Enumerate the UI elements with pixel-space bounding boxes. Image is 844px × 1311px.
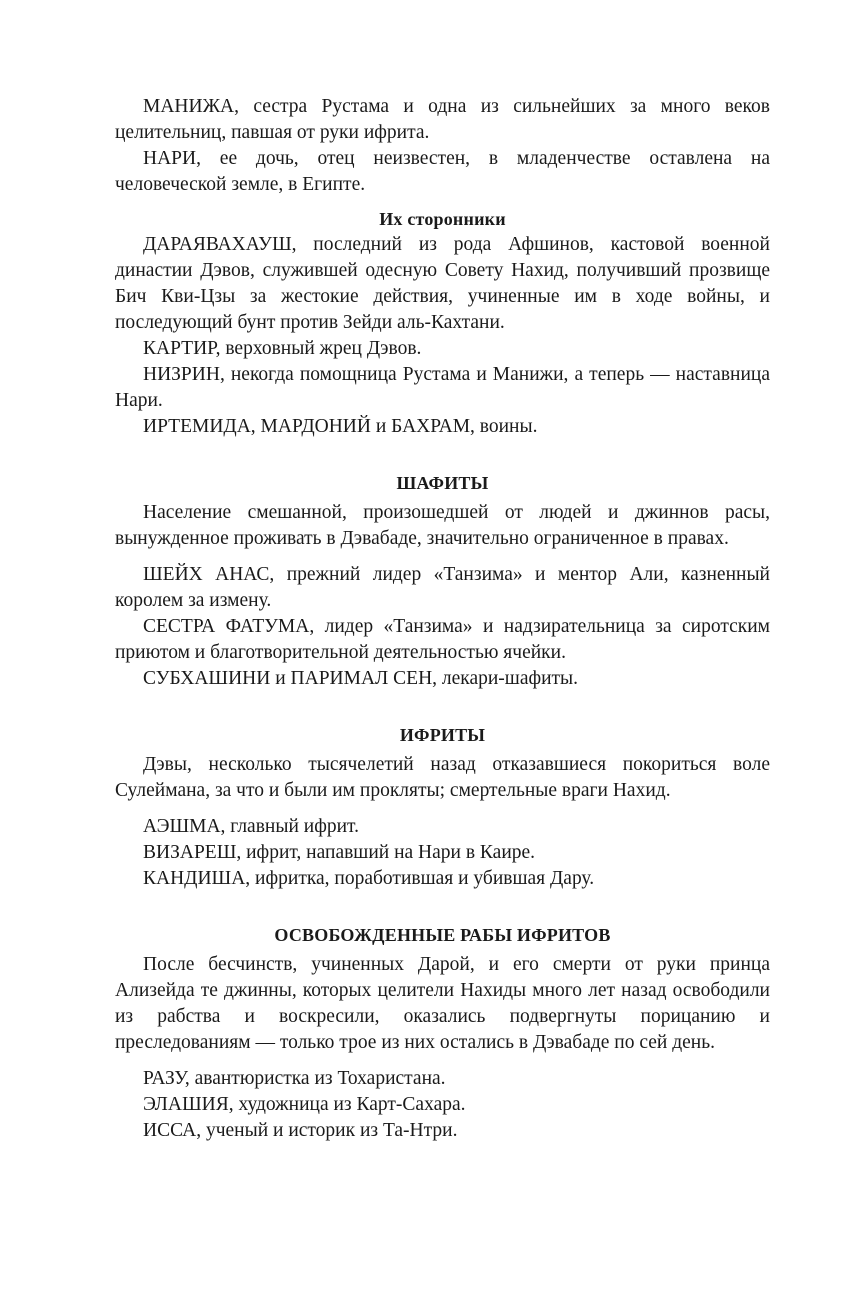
section-description: Население смешанной, произошедшей от люд… [115,500,770,552]
character-entry: АЭШМА, главный ифрит. [115,814,770,840]
section-heading-ifrits: ИФРИТЫ [115,722,770,748]
section-heading-freed-slaves: ОСВОБОЖДЕННЫЕ РАБЫ ИФРИТОВ [115,922,770,948]
character-entry: КАНДИША, ифритка, поработившая и убившая… [115,866,770,892]
character-entry: КАРТИР, верховный жрец Дэвов. [115,336,770,362]
spacer [115,1056,770,1066]
section-heading-supporters: Их сторонники [115,206,770,232]
spacer [115,440,770,470]
character-entry: ШЕЙХ АНАС, прежний лидер «Танзима» и мен… [115,562,770,614]
section-heading-shafits: ШАФИТЫ [115,470,770,496]
spacer [115,692,770,722]
section-description: После бесчинств, учиненных Дарой, и его … [115,952,770,1056]
character-entry: НИЗРИН, некогда помощница Рустама и Мани… [115,362,770,414]
character-entry: РАЗУ, авантюристка из Тохаристана. [115,1066,770,1092]
character-entry: СЕСТРА ФАТУМА, лидер «Танзима» и надзира… [115,614,770,666]
character-entry-manizha: МАНИЖА, сестра Рустама и одна из сильней… [115,94,770,146]
book-page: МАНИЖА, сестра Рустама и одна из сильней… [115,94,770,1144]
character-entry: ДАРАЯВАХАУШ, последний из рода Афшинов, … [115,232,770,336]
character-entry-nari: НАРИ, ее дочь, отец неизвестен, в младен… [115,146,770,198]
spacer [115,552,770,562]
spacer [115,892,770,922]
spacer [115,804,770,814]
section-description: Дэвы, несколько тысячелетий назад отказа… [115,752,770,804]
spacer [115,198,770,206]
character-entry: ИССА, ученый и историк из Та-Нтри. [115,1118,770,1144]
character-entry: СУБХАШИНИ и ПАРИМАЛ СЕН, лекари-шафиты. [115,666,770,692]
character-entry: ЭЛАШИЯ, художница из Карт-Сахара. [115,1092,770,1118]
character-entry: ИРТЕМИДА, МАРДОНИЙ и БАХРАМ, воины. [115,414,770,440]
character-entry: ВИЗАРЕШ, ифрит, напавший на Нари в Каире… [115,840,770,866]
